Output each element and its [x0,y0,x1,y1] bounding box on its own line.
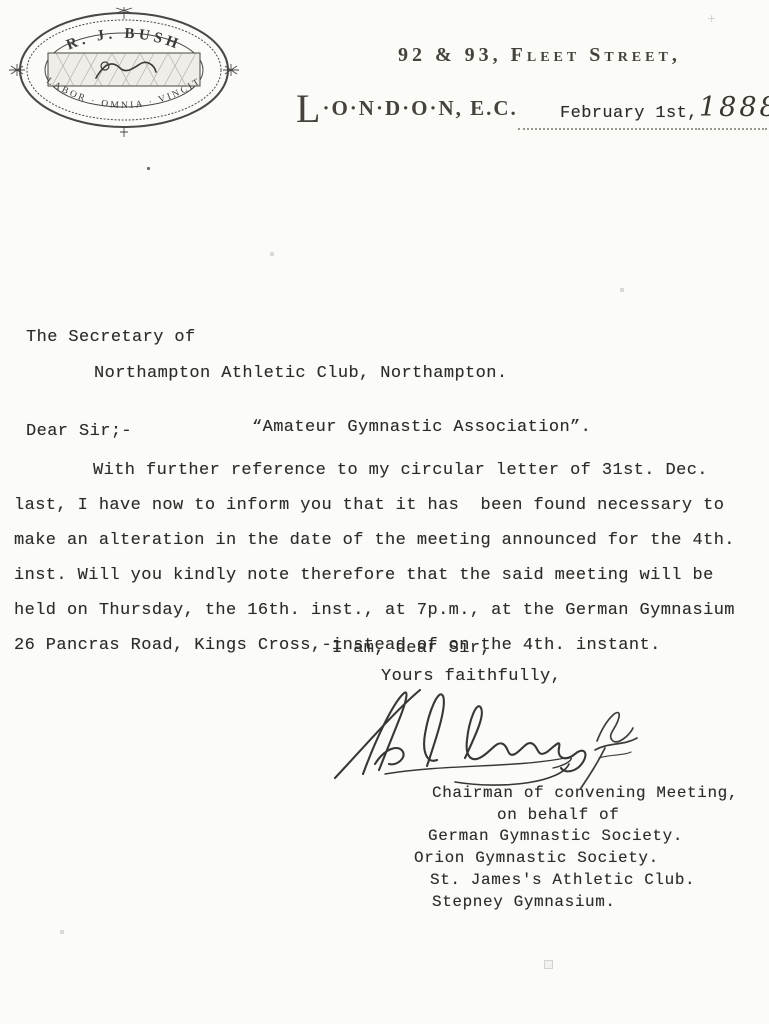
body-line: With further reference to my circular le… [14,453,735,488]
valediction-line-1: I am, dear Sir, [332,639,491,658]
letter-year-handwritten: 1888 [699,92,769,123]
signoff-organization: German Gymnastic Society. [428,827,683,845]
scan-speck [544,960,553,969]
signoff-role: Chairman of convening Meeting, [432,784,738,802]
badge-name-text: R. J. BUSH [64,26,183,54]
scanned-letter-page: R. J. BUSH LABOR · OMNIA · VINCIT 92 & 9… [0,0,769,1024]
subject-line: “Amateur Gymnastic Association”. [252,418,591,437]
date-dotted-rule [518,128,693,130]
signoff-organization: St. James's Athletic Club. [430,871,695,889]
valediction-line-2: Yours faithfully, [381,667,561,686]
scan-speck: + [707,12,716,25]
body-line: inst. Will you kindly note therefore tha… [14,558,735,593]
recipient-line-1: The Secretary of [26,328,196,347]
signoff-behalf: on behalf of [497,806,619,824]
year-dotted-rule [695,128,767,130]
signoff-organization: Orion Gymnastic Society. [414,849,659,867]
signoff-organization: Stepney Gymnasium. [432,893,616,911]
body-line: held on Thursday, the 16th. inst., at 7p… [14,593,735,628]
scan-speck [147,167,150,170]
city-initial-ornament: L [296,86,322,131]
signature-initials-flourish [581,713,637,788]
scan-speck [60,930,64,934]
letter-date: February 1st, [560,104,698,123]
recipient-line-2: Northampton Athletic Club, Northampton. [94,364,507,383]
letterhead-city: L·O·N·D·O·N, E.C. [296,96,518,121]
body-line: last, I have now to inform you that it h… [14,488,735,523]
scan-speck [270,252,274,256]
svg-text:R. J. BUSH: R. J. BUSH [64,26,183,54]
signature-strokes [335,690,585,785]
letter-body: With further reference to my circular le… [14,453,735,663]
city-rest: ·O·N·D·O·N, E.C. [322,96,517,120]
signature-rj-bush [325,686,665,796]
letterhead-street-address: 92 & 93, Fleet Street, [398,44,681,67]
scan-speck [620,288,624,292]
body-line: make an alteration in the date of the me… [14,523,735,558]
letterhead-badge: R. J. BUSH LABOR · OMNIA · VINCIT [8,6,240,140]
salutation: Dear Sir;- [26,422,132,441]
